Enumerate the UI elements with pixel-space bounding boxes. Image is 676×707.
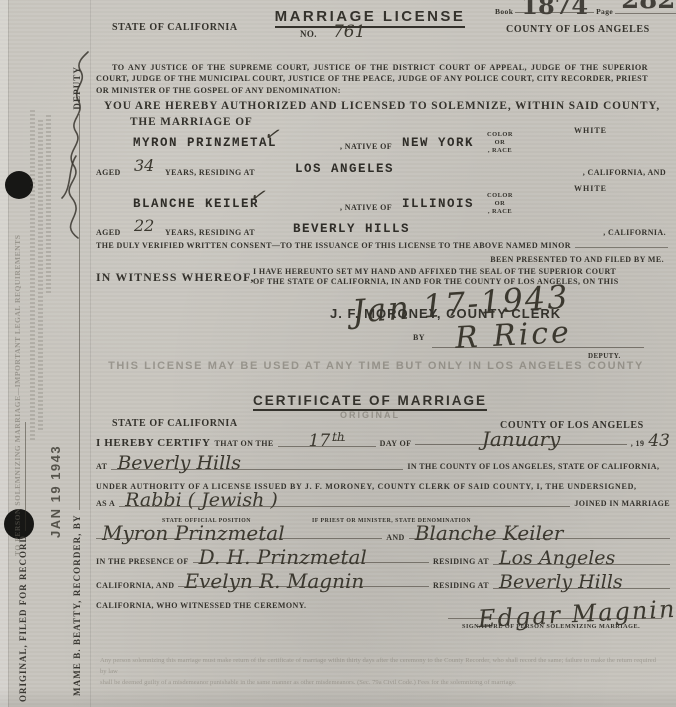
certificate-state: STATE OF CALIFORNIA [112,418,238,429]
margin-filed-rule [23,422,26,531]
consent-rule [575,245,668,248]
authorization-line2: THE MARRIAGE OF [130,116,253,128]
witness2-residence-slot: Beverly Hills [493,578,670,589]
bride-age: 22 [134,222,154,230]
margin-recorder-label: MAME B. BEATTY, RECORDER, BY [72,514,82,696]
signature-caption: SIGNATURE OF PERSON SOLEMNIZING MARRIAGE… [462,623,640,630]
month-value: January [482,434,561,444]
consent-text: THE DULY VERIFIED WRITTEN CONSENT—TO THE… [96,241,571,250]
bride-aged-label: AGED [96,228,121,237]
page-label: Page [596,7,613,16]
groom-native-label: , NATIVE OF [340,142,392,151]
license-title-wrap: MARRIAGE LICENSE [230,8,510,26]
residing-label1: RESIDING AT [433,557,489,566]
margin-filed-label: ORIGINAL, FILED FOR RECORD [18,535,28,702]
day-suffix: th [332,434,345,441]
fine-print-line1: Any person solemnizing this marriage mus… [100,655,656,677]
page-number: 282 [621,0,675,7]
page-edge [0,0,8,707]
by-label: BY [413,333,425,342]
california-and-label: CALIFORNIA, AND [96,581,174,590]
witness1-residence-slot: Los Angeles [493,554,670,565]
bride-residing-label: YEARS, RESIDING AT [165,228,255,237]
groom-race: WHITE [574,126,607,135]
witness1-row: IN THE PRESENCE OF D. H. Prinzmetal RESI… [96,552,670,566]
groom-native: NEW YORK [402,136,474,150]
groom-residing-label: YEARS, RESIDING AT [165,168,255,177]
addressee-paragraph: TO ANY JUSTICE OF THE SUPREME COURT, JUS… [96,62,648,96]
bride-name: BLANCHE KEILER [133,197,259,211]
groom-state-suffix: , CALIFORNIA, AND [583,168,666,177]
margin-fine-text-line [38,120,43,430]
month-slot: January [415,434,626,445]
place-value: Beverly Hills [117,459,241,469]
as-a-label: AS A [96,499,115,508]
certify-rest: THAT ON THE [215,439,274,448]
margin-fine-text-line [46,115,51,295]
couple-row: Myron Prinzmetal AND Blanche Keiler [96,528,670,542]
color-race-l1: COLOR [487,131,513,139]
day-slot: 17 th [278,437,376,447]
consent-row: THE DULY VERIFIED WRITTEN CONSENT—TO THE… [96,241,668,250]
at-label: AT [96,462,107,471]
color-race-l2: OR [487,200,513,208]
place-suffix: IN THE COUNTY OF LOS ANGELES, STATE OF C… [407,462,659,471]
position-row: AS A Rabbi ( Jewish ) JOINED IN MARRIAGE [96,496,670,508]
bride-state-suffix: , CALIFORNIA. [603,228,666,237]
bride-native-label: , NATIVE OF [340,203,392,212]
certify-bold: I HEREBY CERTIFY [96,437,211,449]
margin-fine-text-line [30,110,35,440]
groom-signline: Myron Prinzmetal [96,528,382,539]
certify-row: I HEREBY CERTIFY THAT ON THE 17 th DAY O… [96,434,670,449]
color-race-l2: OR [487,139,513,147]
color-race-l3: , RACE [487,147,513,155]
witness-text1: I HAVE HEREUNTO SET MY HAND AND AFFIXED … [253,267,616,276]
fine-print-line2: shall be deemed guilty of a misdemeanor … [100,677,656,688]
witness1-name: D. H. Prinzmetal [199,552,367,562]
residing-label2: RESIDING AT [433,581,489,590]
license-number: 761 [333,28,365,37]
book-page-row: Book 1874 Page 282 [495,0,673,16]
deputy-signature: R Rice [455,325,572,346]
filed-date-stamp: JAN 19 1943 [48,445,63,538]
left-crease [8,0,9,707]
bottom-shadow [0,688,676,707]
witness2-name: Evelyn R. Magnin [184,576,364,586]
license-title: MARRIAGE LICENSE [275,8,466,28]
groom-residence: LOS ANGELES [295,162,394,176]
bride-residence: BEVERLY HILLS [293,222,410,236]
solemnizer-signature: Edgar Magnin [478,603,676,625]
day-of-label: DAY OF [380,439,412,448]
position-slot: Rabbi ( Jewish ) [119,496,570,507]
official-position: Rabbi ( Jewish ) [125,496,278,506]
certificate-title-wrap: CERTIFICATE OF MARRIAGE [230,392,510,410]
color-race-label-bride: COLOR OR , RACE [487,192,513,216]
county-only-notice: THIS LICENSE MAY BE USED AT ANY TIME BUT… [96,360,656,372]
authorization-line1: YOU ARE HEREBY AUTHORIZED AND LICENSED T… [104,100,660,112]
original-stamp: ORIGINAL [300,410,440,420]
marriage-license-document: MAME B. BEATTY, RECORDER, BY DEPUTY ORIG… [0,0,676,707]
license-number-row: NO. 761 [300,28,365,39]
certificate-groom-name: Myron Prinzmetal [102,528,285,538]
witnessed-label: CALIFORNIA, WHO WITNESSED THE CEREMONY. [96,601,306,610]
bride-race: WHITE [574,184,607,193]
color-race-l3: , RACE [487,208,513,216]
solemnizer-signature-rule [448,618,662,619]
witness2-slot: Evelyn R. Magnin [178,576,429,587]
header-state: STATE OF CALIFORNIA [112,22,238,33]
witness2-row: CALIFORNIA, AND Evelyn R. Magnin RESIDIN… [96,576,670,590]
bride-checkmark: ✓ [249,190,265,201]
margin-requirements-heading: TO PERSON SOLEMNIZING MARRIAGE—IMPORTANT… [13,81,22,556]
year-prefix: , 19 [631,439,645,448]
place-slot: Beverly Hills [111,459,403,470]
bride-signline: Blanche Keiler [409,528,670,539]
year-value: 43 [648,437,670,446]
groom-age: 34 [134,162,154,170]
witness1-slot: D. H. Prinzmetal [193,552,429,563]
no-label: NO. [300,29,317,39]
certificate-bride-name: Blanche Keiler [415,528,564,538]
margin-requirements-text: TO PERSON SOLEMNIZING MARRIAGE—IMPORTANT… [13,235,22,556]
color-race-l1: COLOR [487,192,513,200]
filed-date-text: JAN 19 1943 [48,445,63,538]
witness1-residence: Los Angeles [499,554,615,564]
book-number: 1874 [521,0,588,12]
header-county: COUNTY OF LOS ANGELES [506,24,650,35]
color-race-label-groom: COLOR OR , RACE [487,131,513,155]
presence-label: IN THE PRESENCE OF [96,557,189,566]
witness2-residence: Beverly Hills [499,578,623,588]
day-value: 17 [309,437,331,446]
deputy-label: DEPUTY. [588,352,621,360]
footer-fine-print: Any person solemnizing this marriage mus… [100,655,656,689]
place-row: AT Beverly Hills IN THE COUNTY OF LOS AN… [96,459,670,471]
certificate-title: CERTIFICATE OF MARRIAGE [253,393,487,411]
consent-text2: BEEN PRESENTED TO AND FILED BY ME. [490,255,664,264]
groom-checkmark: ✓ [263,129,279,140]
joined-label: JOINED IN MARRIAGE [574,499,670,508]
and-label: AND [386,533,405,542]
witness-whereof-label: IN WITNESS WHEREOF, [96,270,255,285]
bride-native: ILLINOIS [402,197,474,211]
groom-name: MYRON PRINZMETAL [133,136,277,150]
groom-aged-label: AGED [96,168,121,177]
book-label: Book [495,7,513,16]
margin-signature [48,48,93,248]
deputy-signature-rule [432,347,644,348]
